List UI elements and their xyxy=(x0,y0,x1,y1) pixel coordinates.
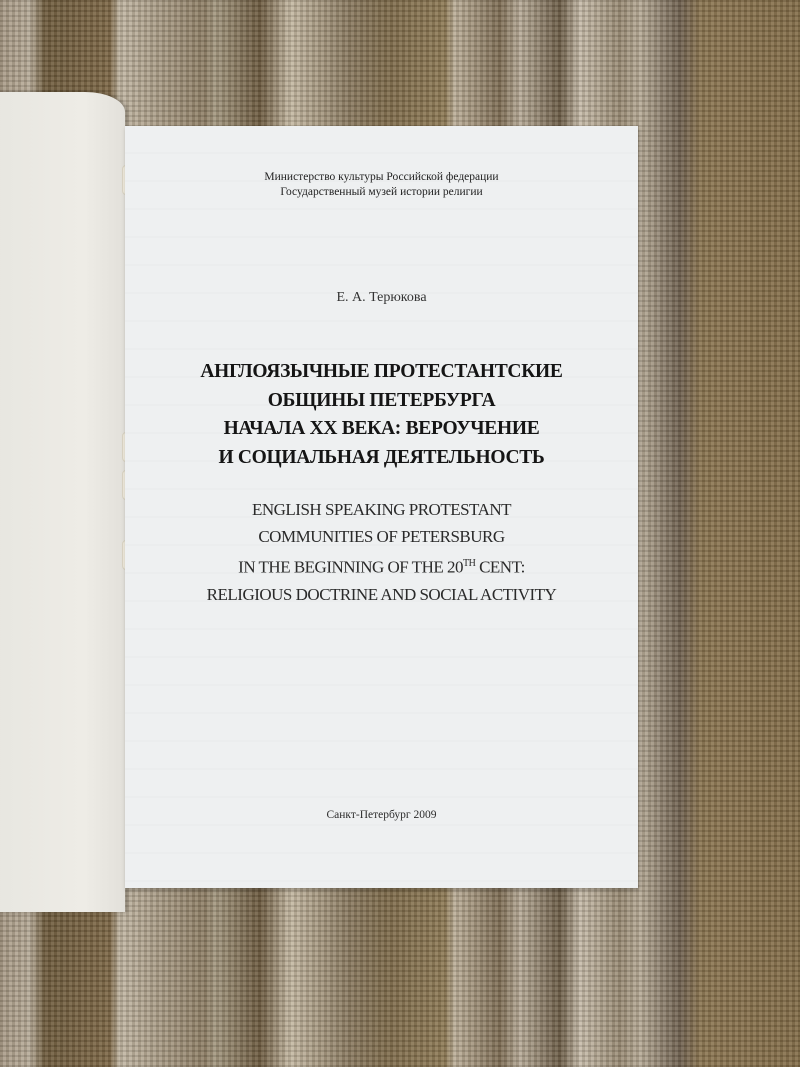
imprint: Санкт-Петербург 2009 xyxy=(125,809,638,821)
museum-line: Государственный музей истории религии xyxy=(125,185,638,200)
ru-title-line: И СОЦИАЛЬНАЯ ДЕЯТЕЛЬНОСТЬ xyxy=(125,444,638,473)
en-title-line: COMMUNITIES OF PETERSBURG xyxy=(125,523,638,550)
en-title-line: RELIGIOUS DOCTRINE AND SOCIAL ACTIVITY xyxy=(125,581,638,608)
title-page: Министерство культуры Российской федерац… xyxy=(125,126,638,888)
en-title-line: IN THE BEGINNING OF THE 20TH CENT: xyxy=(125,550,638,581)
ministry-line: Министерство культуры Российской федерац… xyxy=(125,170,638,185)
left-page xyxy=(0,92,125,912)
en-title-text: IN THE BEGINNING OF THE 20 xyxy=(238,558,463,577)
ru-title-line: АНГЛОЯЗЫЧНЫЕ ПРОТЕСТАНТСКИЕ xyxy=(125,358,638,387)
publisher-header: Министерство культуры Российской федерац… xyxy=(125,170,638,200)
ordinal-suffix: TH xyxy=(463,558,475,569)
ru-title-line: ОБЩИНЫ ПЕТЕРБУРГА xyxy=(125,387,638,416)
en-title-text: CENT: xyxy=(475,558,525,577)
en-title-line: ENGLISH SPEAKING PROTESTANT xyxy=(125,496,638,523)
english-title: ENGLISH SPEAKING PROTESTANT COMMUNITIES … xyxy=(125,496,638,608)
russian-title: АНГЛОЯЗЫЧНЫЕ ПРОТЕСТАНТСКИЕ ОБЩИНЫ ПЕТЕР… xyxy=(125,358,638,472)
author-name: Е. А. Терюкова xyxy=(125,290,638,306)
ru-title-line: НАЧАЛА XX ВЕКА: ВЕРОУЧЕНИЕ xyxy=(125,415,638,444)
